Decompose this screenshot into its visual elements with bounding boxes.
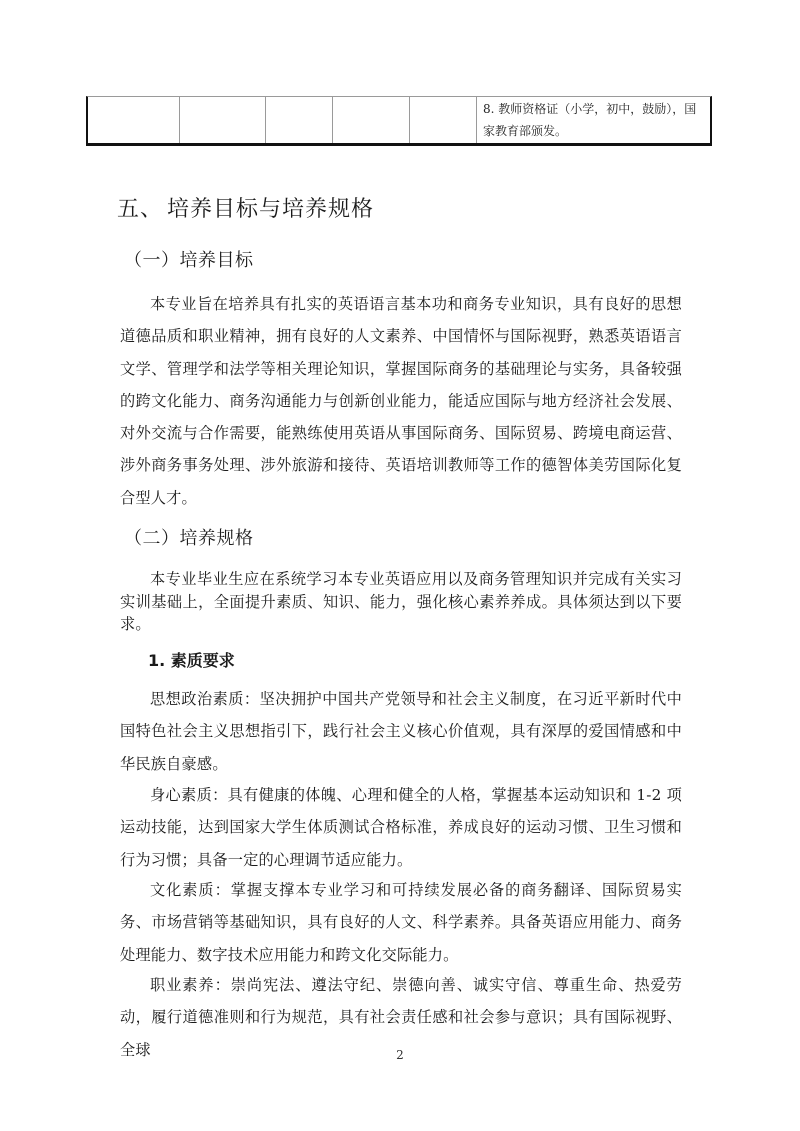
paragraph-physical-quality: 身心素质：具有健康的体魄、心理和健全的人格，掌握基本运动知识和 1-2 项运动技… bbox=[120, 779, 682, 876]
table-cell bbox=[88, 97, 180, 143]
table-cell bbox=[266, 97, 333, 143]
item-heading-quality: 1. 素质要求 bbox=[148, 648, 235, 671]
paragraph-political-quality: 思想政治素质：坚决拥护中国共产党领导和社会主义制度，在习近平新时代中国特色社会主… bbox=[120, 683, 682, 780]
page-number: 2 bbox=[0, 1048, 800, 1062]
subsection-heading-objectives: （一）培养目标 bbox=[124, 246, 254, 272]
objectives-paragraph: 本专业旨在培养具有扎实的英语语言基本功和商务专业知识，具有良好的思想道德品质和职… bbox=[120, 288, 682, 514]
paragraph-cultural-quality: 文化素质：掌握支撑本专业学习和可持续发展必备的商务翻译、国际贸易实务、市场营销等… bbox=[120, 874, 682, 971]
section-number: 五、 bbox=[117, 192, 167, 223]
section-title: 培养目标与培养规格 bbox=[167, 197, 374, 222]
table-fragment: 8. 教师资格证（小学，初中，鼓励），国家教育部颁发。 bbox=[86, 96, 712, 146]
section-heading: 五、培养目标与培养规格 bbox=[117, 192, 374, 223]
specifications-intro: 本专业毕业生应在系统学习本专业英语应用以及商务管理知识并完成有关实习实训基础上，… bbox=[120, 568, 682, 636]
table-cell bbox=[333, 97, 410, 143]
table-cell bbox=[410, 97, 477, 143]
table-cell bbox=[180, 97, 266, 143]
document-page: 8. 教师资格证（小学，初中，鼓励），国家教育部颁发。 五、培养目标与培养规格 … bbox=[0, 0, 800, 1131]
table-cell-certificate: 8. 教师资格证（小学，初中，鼓励），国家教育部颁发。 bbox=[477, 97, 710, 143]
subsection-heading-specifications: （二）培养规格 bbox=[124, 524, 254, 550]
